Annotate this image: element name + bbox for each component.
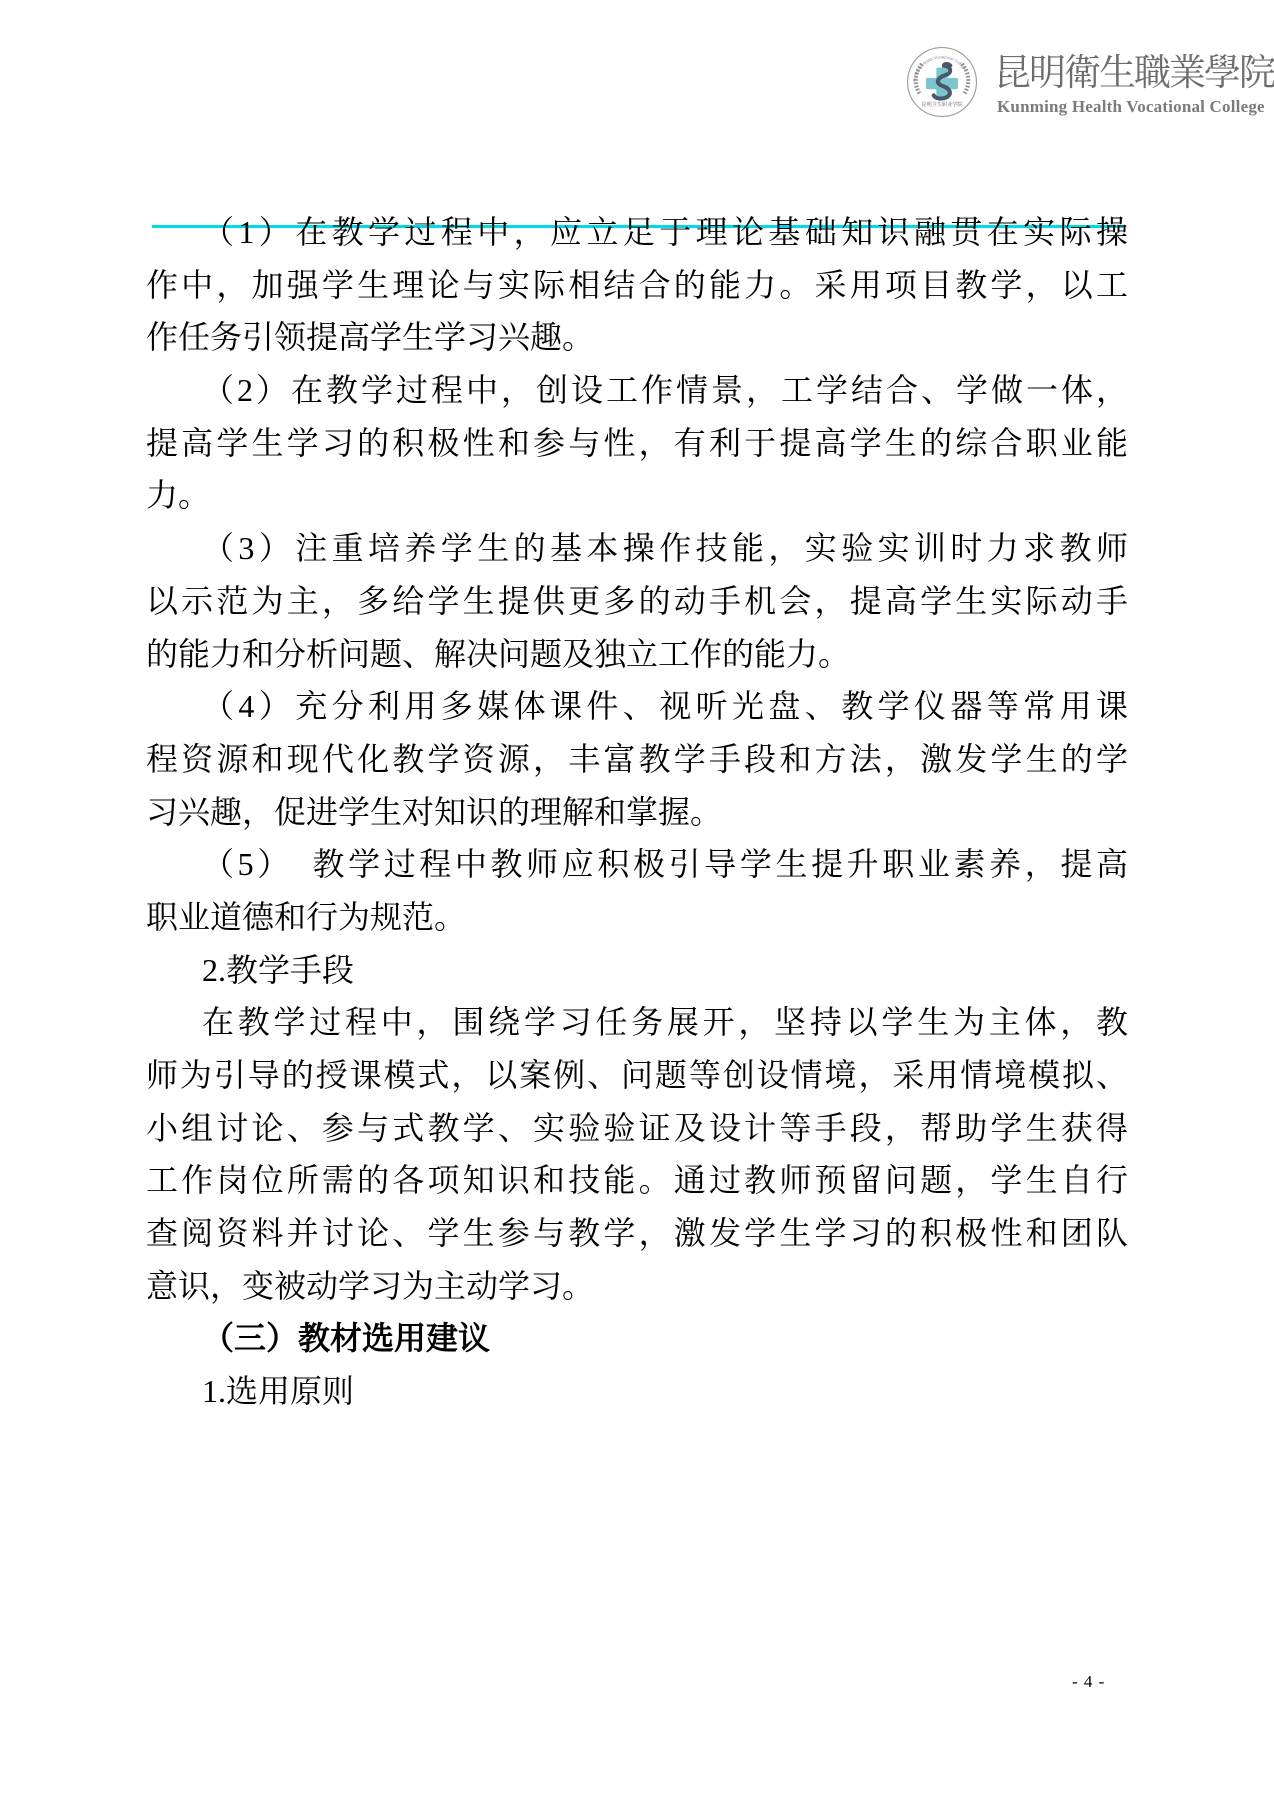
text-line: 作中，加强学生理论与实际相结合的能力。采用项目教学，以工 — [146, 259, 1128, 312]
text-line: 1.选用原则 — [146, 1365, 1128, 1418]
text-line: （5） 教学过程中教师应积极引导学生提升职业素养，提高 — [146, 838, 1128, 891]
text-line: 以示范为主，多给学生提供更多的动手机会，提高学生实际动手 — [146, 575, 1128, 628]
text-line: 程资源和现代化教学资源，丰富教学手段和方法，激发学生的学 — [146, 733, 1128, 786]
text-line: （2）在教学过程中，创设工作情景，工学结合、学做一体， — [146, 364, 1128, 417]
page-header: Kunming Health Vocational College 昆明卫生职业… — [0, 0, 1274, 180]
college-seal-logo: Kunming Health Vocational College 昆明卫生职业… — [906, 46, 978, 118]
text-line: 小组讨论、参与式教学、实验验证及设计等手段，帮助学生获得 — [146, 1102, 1128, 1155]
text-line: （三）教材选用建议 — [146, 1312, 1128, 1365]
text-line: 的能力和分析问题、解决问题及独立工作的能力。 — [146, 628, 1128, 681]
text-line: 意识，变被动学习为主动学习。 — [146, 1260, 1128, 1313]
text-line: 2.教学手段 — [146, 944, 1128, 997]
page-number: - 4 - — [1072, 1672, 1105, 1692]
document-page: Kunming Health Vocational College 昆明卫生职业… — [0, 0, 1274, 1801]
text-line: 提高学生学习的积极性和参与性，有利于提高学生的综合职业能 — [146, 417, 1128, 470]
document-body: （1）在教学过程中，应立足于理论基础知识融贯在实际操作中，加强学生理论与实际相结… — [146, 206, 1128, 1418]
text-line: 职业道德和行为规范。 — [146, 891, 1128, 944]
text-line: 习兴趣，促进学生对知识的理解和掌握。 — [146, 786, 1128, 839]
seal-arc-text-bottom: 昆明卫生职业学院 — [921, 100, 962, 108]
text-line: （3）注重培养学生的基本操作技能，实验实训时力求教师 — [146, 522, 1128, 575]
text-line: 作任务引领提高学生学习兴趣。 — [146, 311, 1128, 364]
text-line: （1）在教学过程中，应立足于理论基础知识融贯在实际操 — [146, 206, 1128, 259]
text-line: 工作岗位所需的各项知识和技能。通过教师预留问题，学生自行 — [146, 1154, 1128, 1207]
text-line: 在教学过程中，围绕学习任务展开，坚持以学生为主体，教 — [146, 996, 1128, 1049]
text-line: 力。 — [146, 469, 1128, 522]
text-line: 师为引导的授课模式，以案例、问题等创设情境，采用情境模拟、 — [146, 1049, 1128, 1102]
text-line: （4）充分利用多媒体课件、视听光盘、教学仪器等常用课 — [146, 680, 1128, 733]
text-line: 查阅资料并讨论、学生参与教学，激发学生学习的积极性和团队 — [146, 1207, 1128, 1260]
college-name-calligraphy: 昆明衛生職業學院 — [994, 50, 1274, 100]
college-name-english: Kunming Health Vocational College — [997, 97, 1274, 117]
